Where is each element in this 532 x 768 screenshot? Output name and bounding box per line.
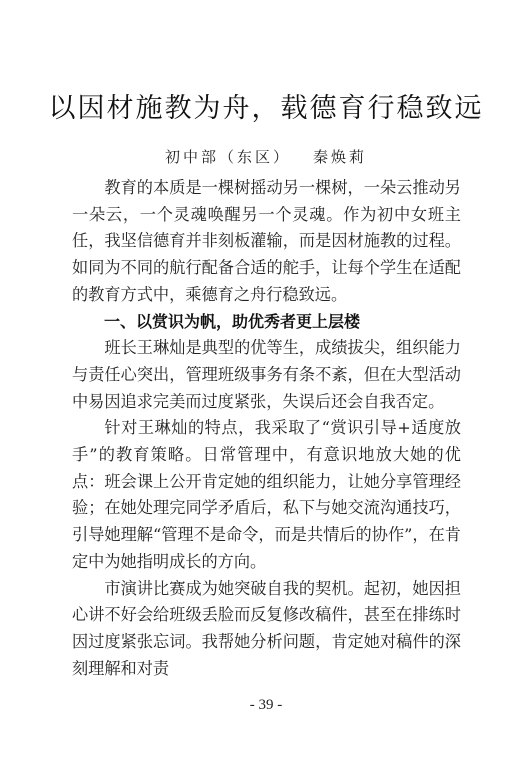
paragraph: 班长王琳灿是典型的优等生，成绩拔尖，组织能力与责任心突出，管理班级事务有条不紊，… — [72, 335, 461, 415]
paragraph-intro: 教育的本质是一棵树摇动另一棵树，一朵云推动另一朵云，一个灵魂唤醒另一个灵魂。作为… — [72, 175, 461, 309]
paragraph: 市演讲比赛成为她突破自我的契机。起初，她因担心讲不好会给班级丢脸而反复修改稿件，… — [72, 576, 461, 683]
article-body: 教育的本质是一棵树摇动另一棵树，一朵云推动另一朵云，一个灵魂唤醒另一个灵魂。作为… — [72, 175, 461, 682]
author-name: 秦焕莉 — [313, 148, 367, 166]
document-page: 以因材施教为舟，载德育行稳致远 初中部（东区）秦焕莉 教育的本质是一棵树摇动另一… — [0, 0, 532, 768]
author-department: 初中部（东区） — [165, 148, 291, 166]
paragraph: 针对王琳灿的特点，我采取了“赏识引导+适度放手”的教育策略。日常管理中，有意识地… — [72, 415, 461, 575]
page-number: - 39 - — [0, 697, 532, 714]
section-heading-1: 一、以赏识为帆，助优秀者更上层楼 — [72, 309, 461, 336]
article-title: 以因材施教为舟，载德育行稳致远 — [0, 91, 532, 127]
author-line: 初中部（东区）秦焕莉 — [0, 146, 532, 168]
